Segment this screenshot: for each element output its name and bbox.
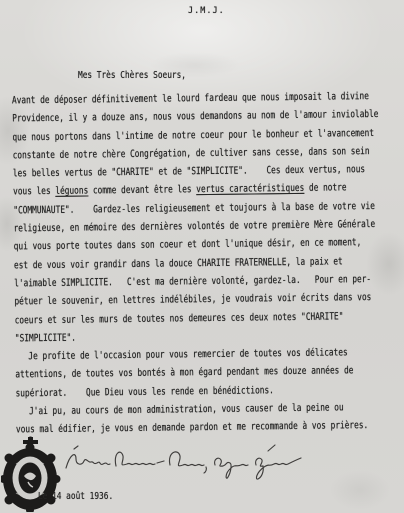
letter-text: Je profite de l'occasion pour vous remer…	[28, 347, 347, 362]
letter-text: que nous portons dans l'intime de notre …	[12, 128, 374, 143]
letter-date: Le 14 août 1936.	[38, 488, 113, 506]
underlined-text: vertus caractéristiques	[196, 183, 304, 195]
letter-text: comme devant être les	[88, 185, 196, 197]
letter-text: J'ai pu, au cours de mon administration,…	[29, 402, 344, 417]
letter-body: Avant de déposer définitivement le lourd…	[12, 88, 404, 440]
letter-text: vous mal édifier, je vous en demande par…	[16, 420, 368, 435]
signature-handwriting	[60, 438, 312, 482]
letter-text: est de vous voir grandir dans la douce C…	[14, 256, 343, 271]
letter-text: l'aimable SIMPLICITE. C'est ma dernière …	[14, 274, 371, 289]
underlined-text: léguons	[55, 186, 88, 197]
letter-text: vous les	[13, 186, 55, 198]
letter-text: attentions, de toutes vos bontés à mon é…	[15, 366, 353, 381]
scan-smudge	[330, 470, 390, 510]
letter-text: "SIMPLICITE".	[15, 333, 76, 345]
letter-text: pétuer le souvenir, en lettres indélébil…	[14, 292, 371, 307]
scanned-letter-page: J.M.J. Mes Très Chères Soeurs, Avant de …	[0, 0, 404, 513]
letter-text: Avant de déposer définitivement le lourd…	[12, 91, 369, 106]
letter-text: "COMMUNAUTE". Gardez-les religieusement …	[13, 201, 375, 216]
letter-text: constante de notre chère Congrégation, d…	[13, 146, 370, 161]
letter-text: religieuse, en mémoire des dernières vol…	[13, 219, 375, 234]
letter-text: coeurs et sur les murs de toutes nos dem…	[15, 311, 344, 326]
letter-text: Providence, il y a douze ans, nous vous …	[12, 109, 378, 124]
salutation: Mes Très Chères Soeurs,	[78, 67, 186, 85]
letter-text: les belles vertus de "CHARITE" et de "SI…	[13, 164, 365, 179]
letter-text: de notre	[304, 183, 346, 195]
letter-text: qui vous porte toutes dans son coeur et …	[14, 238, 362, 253]
letter-header-jmj: J.M.J.	[188, 6, 225, 16]
letter-text: supériorat. Que Dieu vous les rende en b…	[16, 385, 274, 399]
